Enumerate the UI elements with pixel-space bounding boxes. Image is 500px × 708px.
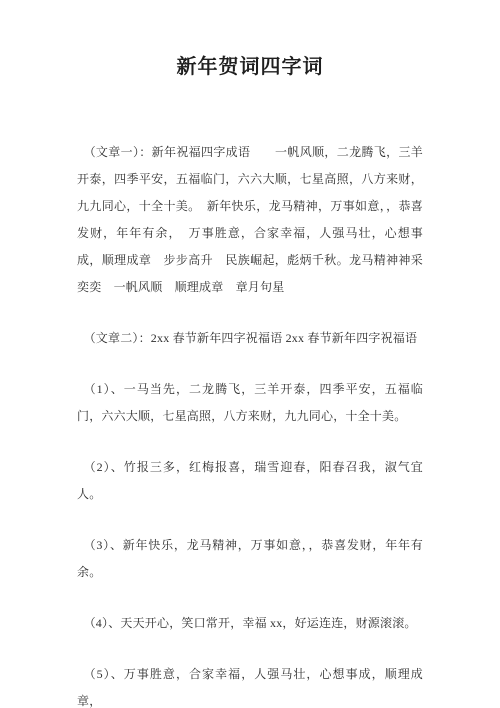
list-item-2: （2）、竹报三多，红梅报喜，瑞雪迎春，阳春召我，淑气宜人。 xyxy=(77,454,423,508)
list-item-3: （3）、新年快乐，龙马精神，万事如意，，恭喜发财，年年有余。 xyxy=(77,532,423,586)
list-item-5: （5）、万事胜意，合家幸福，人强马壮，心想事成，顺理成章， xyxy=(77,661,423,708)
list-item-4: （4）、天天开心，笑口常开，幸福 xx，好运连连，财源滚滚。 xyxy=(77,610,423,637)
document-title: 新年贺词四字词 xyxy=(77,52,423,82)
list-item-1: （1）、一马当先，二龙腾飞，三羊开泰，四季平安，五福临门，六六大顺，七星高照，八… xyxy=(77,376,423,430)
paragraph-article-2: （文章二）：2xx 春节新年四字祝福语 2xx 春节新年四字祝福语 xyxy=(77,325,423,352)
document-page: 新年贺词四字词 （文章一）：新年祝福四字成语 一帆风顺，二龙腾飞，三羊开泰，四季… xyxy=(0,0,500,708)
paragraph-article-1: （文章一）：新年祝福四字成语 一帆风顺，二龙腾飞，三羊开泰，四季平安，五福临门，… xyxy=(77,139,423,301)
